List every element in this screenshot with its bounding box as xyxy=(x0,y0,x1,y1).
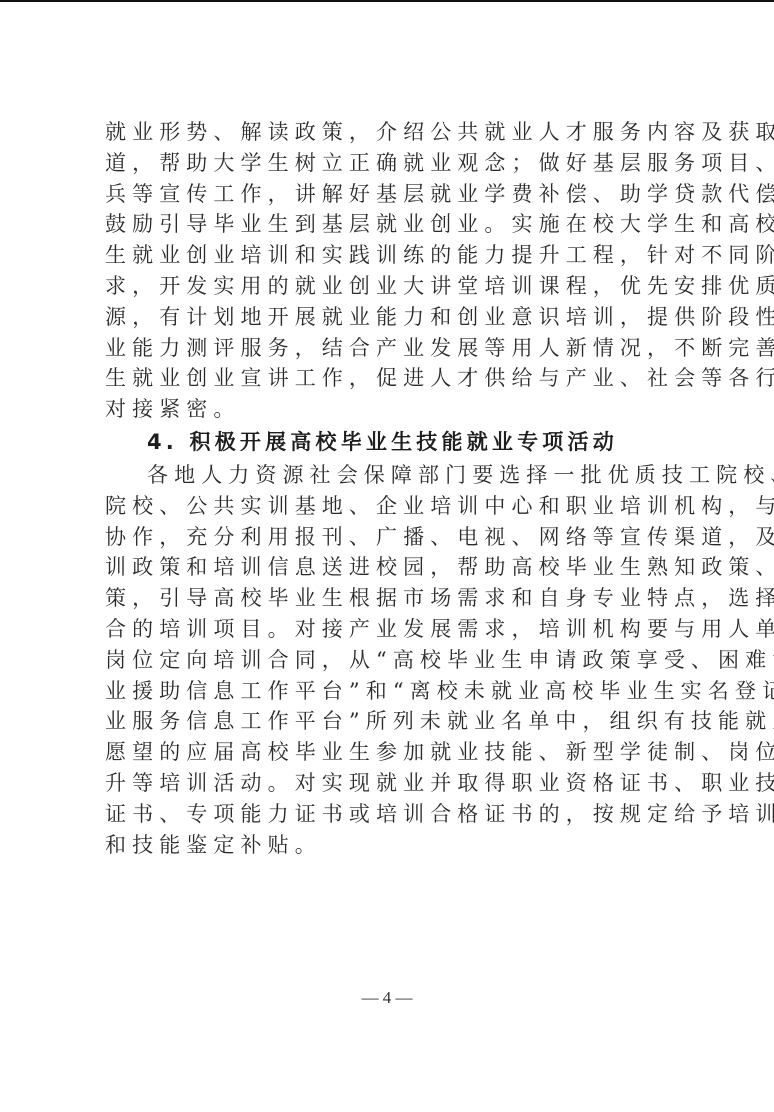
paragraph-skills-training: 各地人力资源社会保障部门要选择一批优质技工院校、职业 院校、公共实训基地、企业培… xyxy=(105,460,685,860)
text-line: 源，有计划地开展就业能力和创业意识培训，提供阶段性就业创 xyxy=(105,302,685,333)
document-body: 就业形势、解读政策，介绍公共就业人才服务内容及获取信息渠 道，帮助大学生树立正确… xyxy=(105,117,685,860)
text-line: 岗位定向培训合同，从“高校毕业生申请政策享受、困难认定和就 xyxy=(105,645,685,676)
text-line: 生就业创业宣讲工作，促进人才供给与产业、社会等各行业需求 xyxy=(105,363,685,394)
text-line: 合的培训项目。对接产业发展需求，培训机构要与用人单位签订 xyxy=(105,614,685,645)
text-line: 业服务信息工作平台”所列未就业名单中，组织有技能就业培训 xyxy=(105,706,685,737)
text-line: 各地人力资源社会保障部门要选择一批优质技工院校、职业 xyxy=(105,460,685,491)
text-line: 道，帮助大学生树立正确就业观念；做好基层服务项目、大学生征 xyxy=(105,148,685,179)
text-line: 升等培训活动。对实现就业并取得职业资格证书、职业技能等级 xyxy=(105,768,685,799)
paragraph-employment-guidance: 就业形势、解读政策，介绍公共就业人才服务内容及获取信息渠 道，帮助大学生树立正确… xyxy=(105,117,685,425)
text-line: 业援助信息工作平台”和“离校未就业高校毕业生实名登记和就 xyxy=(105,676,685,707)
text-line: 和技能鉴定补贴。 xyxy=(105,830,685,861)
text-line: 院校、公共实训基地、企业培训中心和职业培训机构，与高校加强 xyxy=(105,491,685,522)
text-line: 求，开发实用的就业创业大讲堂培训课程，优先安排优质培训资 xyxy=(105,271,685,302)
text-line: 对接紧密。 xyxy=(105,394,685,425)
text-line: 业能力测评服务，结合产业发展等用人新情况，不断完善高校学 xyxy=(105,333,685,364)
text-line: 兵等宣传工作，讲解好基层就业学费补偿、助学贷款代偿等政策， xyxy=(105,179,685,210)
page-number: — 4 — xyxy=(0,988,774,1008)
text-line: 协作，充分利用报刊、广播、电视、网络等宣传渠道，及时将职业培 xyxy=(105,522,685,553)
text-line: 就业形势、解读政策，介绍公共就业人才服务内容及获取信息渠 xyxy=(105,117,685,148)
text-line: 鼓励引导毕业生到基层就业创业。实施在校大学生和高校毕业 xyxy=(105,209,685,240)
text-line: 证书、专项能力证书或培训合格证书的，按规定给予培训费补贴 xyxy=(105,799,685,830)
text-line: 训政策和培训信息送进校园，帮助高校毕业生熟知政策、用好政 xyxy=(105,552,685,583)
top-border-rule xyxy=(0,0,774,2)
section-heading: 4. 积极开展高校毕业生技能就业专项活动 xyxy=(105,425,685,460)
text-line: 生就业创业培训和实践训练的能力提升工程，针对不同阶段的需 xyxy=(105,240,685,271)
text-line: 愿望的应届高校毕业生参加就业技能、新型学徒制、岗位技能提 xyxy=(105,737,685,768)
text-line: 策，引导高校毕业生根据市场需求和自身专业特点，选择参加适 xyxy=(105,583,685,614)
